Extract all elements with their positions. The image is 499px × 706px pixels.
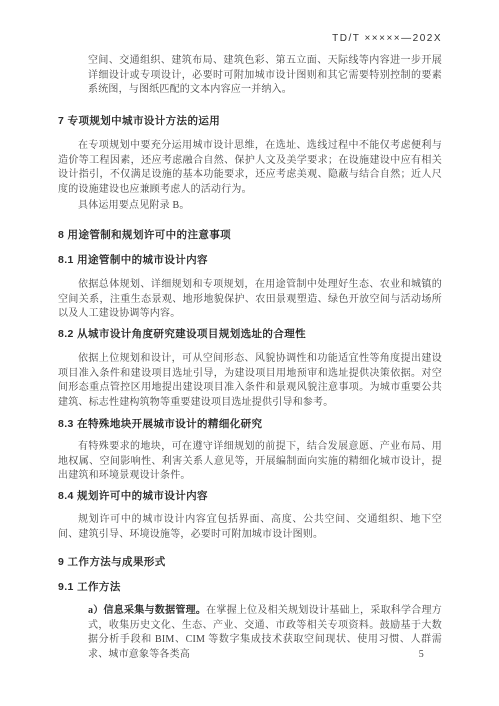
intro-paragraph: 空间、交通组织、建筑布局、建筑色彩、第五立面、天际线等内容进一步开展详细设计或专… <box>88 54 442 98</box>
section-7-paragraph-1: 在专项规划中要充分运用城市设计思维，在选址、选线过程中不能仅考虑便利与造价等工程… <box>58 139 442 197</box>
section-8-3-paragraph: 有特殊要求的地块，可在遵守详细规划的前提下，结合发展意愿、产业布局、用地权属、空… <box>58 440 442 484</box>
section-9-1-heading: 9.1 工作方法 <box>58 581 442 594</box>
section-8-1-paragraph: 依据总体规划、详细规划和专项规划，在用途管制中处理好生态、农业和城镇的空间关系，… <box>58 278 442 322</box>
document-page: TD/T ×××××—202X 空间、交通组织、建筑布局、建筑色彩、第五立面、天… <box>0 0 499 706</box>
section-9-heading: 9 工作方法与成果形式 <box>58 556 442 569</box>
section-7-paragraph-2: 具体运用要点见附录 B。 <box>58 199 442 214</box>
doc-header-code: TD/T ×××××—202X <box>58 32 442 47</box>
section-8-3-heading: 8.3 在特殊地块开展城市设计的精细化研究 <box>58 418 442 431</box>
item-a-label: a）信息采集与数据管理。 <box>88 605 206 616</box>
section-8-1-heading: 8.1 用途管制中的城市设计内容 <box>58 254 442 267</box>
section-8-4-paragraph: 规划许可中的城市设计内容宜包括界面、高度、公共空间、交通组织、地下空间、建筑引导… <box>58 513 442 542</box>
section-8-2-paragraph: 依据上位规划和设计，可从空间形态、风貌协调性和功能适宜性等角度提出建设项目准入条… <box>58 352 442 410</box>
section-8-2-heading: 8.2 从城市设计角度研究建设项目规划选址的合理性 <box>58 328 442 341</box>
section-8-heading: 8 用途管制和规划许可中的注意事项 <box>58 229 442 242</box>
page-number: 5 <box>58 648 442 663</box>
section-7-heading: 7 专项规划中城市设计方法的运用 <box>58 115 442 128</box>
section-8-4-heading: 8.4 规划许可中的城市设计内容 <box>58 490 442 503</box>
